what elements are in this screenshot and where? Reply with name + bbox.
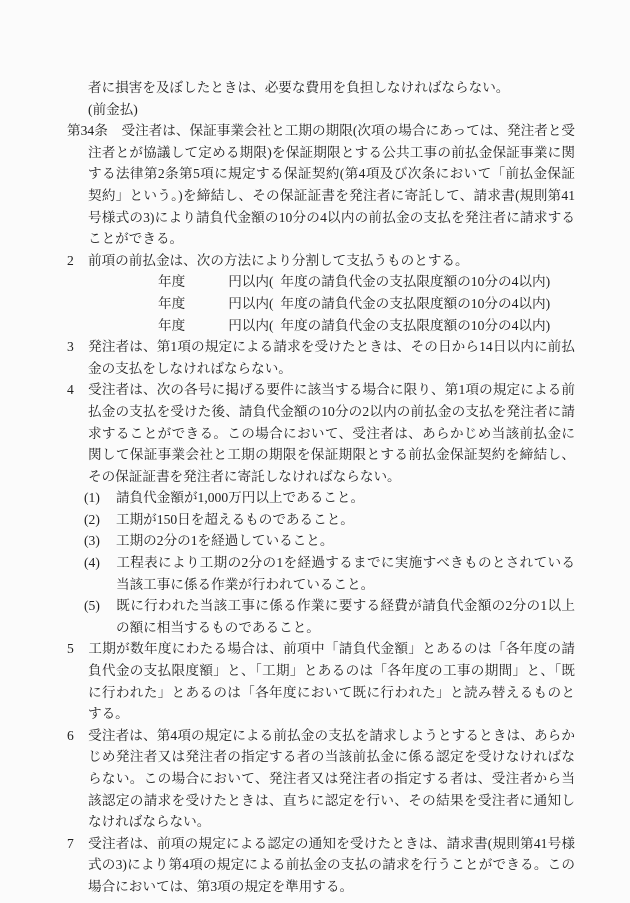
item-3: (3)工期の2分の1を経過していること。 bbox=[67, 530, 575, 552]
item-1-marker: (1) bbox=[84, 487, 116, 509]
fill-in-row-year-2: 年度円以内(年度の請負代金の支払限度額の10分の4以内) bbox=[67, 293, 575, 315]
section-heading-advance-payment: (前金払) bbox=[88, 99, 575, 121]
article-34-text: 受注者は、保証事業会社と工期の期限(次項の場合にあっては、発注者と受注者とが協議… bbox=[88, 123, 575, 246]
paragraph-2-number: 2 bbox=[67, 250, 88, 272]
limit-note: 年度の請負代金の支払限度額の10分の4以内) bbox=[281, 296, 551, 311]
fill-in-row-year-1: 年度円以内(年度の請負代金の支払限度額の10分の4以内) bbox=[67, 271, 575, 293]
paragraph-6: 6受注者は、第4項の規定による前払金の支払を請求しようとするときは、あらかじめ発… bbox=[67, 725, 575, 833]
paragraph-3: 3発注者は、第1項の規定による請求を受けたときは、その日から14日以内に前払金の… bbox=[67, 336, 575, 379]
limit-note: 年度の請負代金の支払限度額の10分の4以内) bbox=[281, 318, 551, 333]
paragraph-3-number: 3 bbox=[67, 336, 88, 358]
paragraph-7-text: 受注者は、前項の規定による認定の通知を受けたときは、請求書(規則第41号様式の3… bbox=[88, 836, 575, 894]
item-2-text: 工期が150日を超えるものであること。 bbox=[116, 512, 354, 527]
item-4-marker: (4) bbox=[84, 552, 116, 574]
paragraph-7-number: 7 bbox=[67, 833, 88, 855]
paragraph-3-text: 発注者は、第1項の規定による請求を受けたときは、その日から14日以内に前払金の支… bbox=[88, 339, 575, 376]
paragraph-6-number: 6 bbox=[67, 725, 88, 747]
paragraph-5: 5工期が数年度にわたる場合は、前項中「請負代金額」とあるのは「各年度の請負代金の… bbox=[67, 638, 575, 724]
item-1: (1)請負代金額が1,000万円以上であること。 bbox=[67, 487, 575, 509]
item-3-marker: (3) bbox=[84, 530, 116, 552]
paragraph-6-text: 受注者は、第4項の規定による前払金の支払を請求しようとするときは、あらかじめ発注… bbox=[88, 728, 575, 829]
document-page: 者に損害を及ぼしたときは、必要な費用を負担しなければならない。 (前金払) 第3… bbox=[0, 0, 630, 903]
item-5: (5)既に行われた当該工事に係る作業に要する経費が請負代金額の2分の1以上の額に… bbox=[67, 595, 575, 638]
article-number: 第34条 bbox=[67, 123, 108, 138]
paragraph-2-text: 前項の前払金は、次の方法により分割して支払うものとする。 bbox=[88, 253, 469, 268]
paragraph-5-number: 5 bbox=[67, 638, 88, 660]
fill-in-row-year-3: 年度円以内(年度の請負代金の支払限度額の10分の4以内) bbox=[67, 315, 575, 337]
paragraph-2: 2前項の前払金は、次の方法により分割して支払うものとする。 bbox=[67, 250, 575, 272]
paragraph-4: 4受注者は、次の各号に掲げる要件に該当する場合に限り、第1項の規定による前払金の… bbox=[67, 379, 575, 487]
paragraph-5-text: 工期が数年度にわたる場合は、前項中「請負代金額」とあるのは「各年度の請負代金の支… bbox=[88, 641, 575, 721]
item-1-text: 請負代金額が1,000万円以上であること。 bbox=[116, 490, 364, 505]
yen-limit-label: 円以内( bbox=[228, 318, 273, 333]
year-label: 年度 bbox=[158, 296, 185, 311]
item-4-text: 工程表により工期の2分の1を経過するまでに実施すべきものとされている当該工事に係… bbox=[116, 555, 575, 592]
year-label: 年度 bbox=[158, 274, 185, 289]
paragraph-4-text: 受注者は、次の各号に掲げる要件に該当する場合に限り、第1項の規定による前払金の支… bbox=[88, 382, 575, 483]
item-5-marker: (5) bbox=[84, 595, 116, 617]
item-5-text: 既に行われた当該工事に係る作業に要する経費が請負代金額の2分の1以上の額に相当す… bbox=[116, 598, 575, 635]
item-3-text: 工期の2分の1を経過していること。 bbox=[116, 533, 334, 548]
limit-note: 年度の請負代金の支払限度額の10分の4以内) bbox=[281, 274, 551, 289]
paragraph-4-number: 4 bbox=[67, 379, 88, 401]
document-body: 者に損害を及ぼしたときは、必要な費用を負担しなければならない。 (前金払) 第3… bbox=[67, 77, 575, 898]
article-34-paragraph-1: 第34条 受注者は、保証事業会社と工期の期限(次項の場合にあっては、発注者と受注… bbox=[67, 120, 575, 250]
yen-limit-label: 円以内( bbox=[228, 274, 273, 289]
item-2-marker: (2) bbox=[84, 509, 116, 531]
paragraph-7: 7受注者は、前項の規定による認定の通知を受けたときは、請求書(規則第41号様式の… bbox=[67, 833, 575, 898]
yen-limit-label: 円以内( bbox=[228, 296, 273, 311]
item-4: (4)工程表により工期の2分の1を経過するまでに実施すべきものとされている当該工… bbox=[67, 552, 575, 595]
previous-clause-fragment: 者に損害を及ぼしたときは、必要な費用を負担しなければならない。 bbox=[88, 77, 575, 99]
year-label: 年度 bbox=[158, 318, 185, 333]
item-2: (2)工期が150日を超えるものであること。 bbox=[67, 509, 575, 531]
